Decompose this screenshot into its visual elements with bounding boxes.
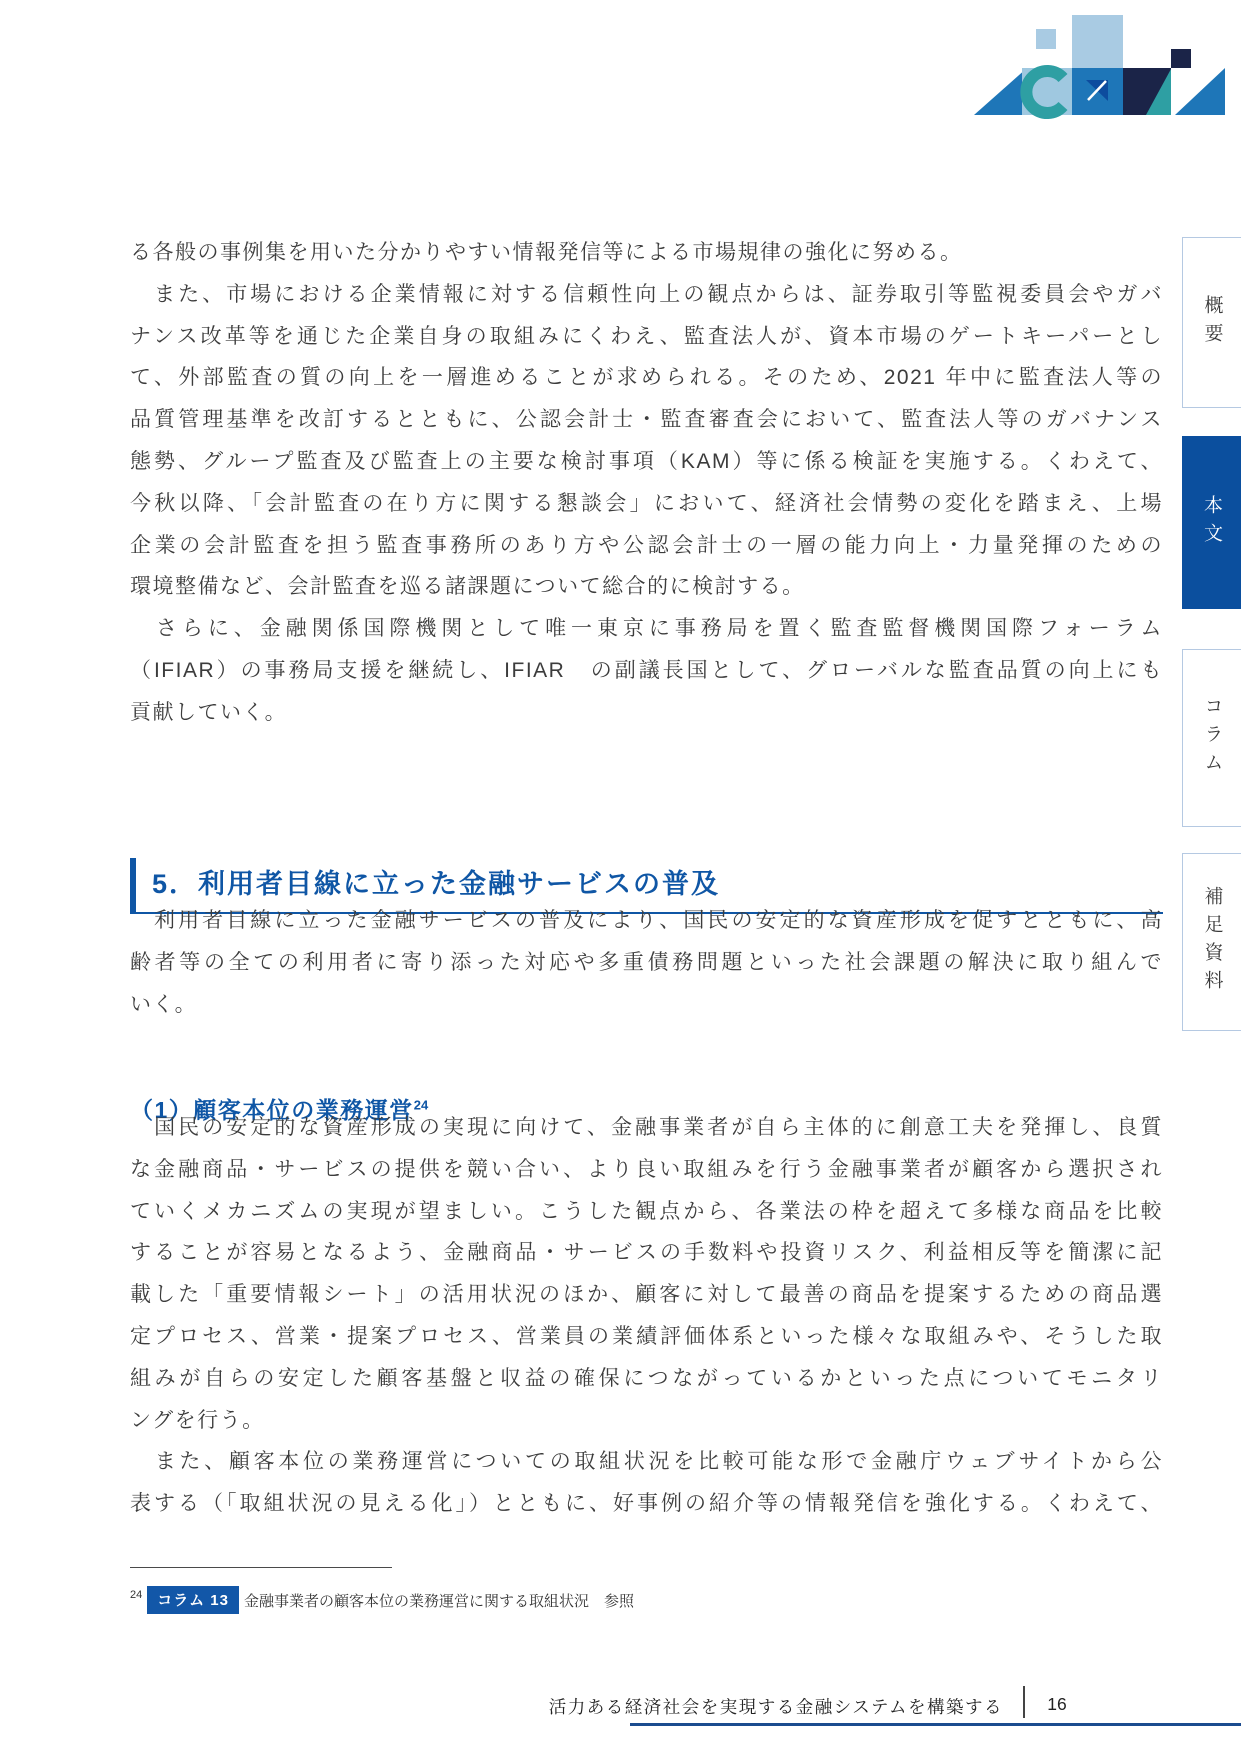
page-number: 16	[1042, 1694, 1072, 1715]
tab-overview: 概要	[1182, 237, 1241, 408]
body-text-line: 企業の会計監査を担う監査事務所のあり方や公認会計士の一層の能力向上・力量発揮のた…	[130, 525, 1163, 567]
body-text-line: 組みが自らの安定した顧客基盤と収益の確保につながっているかといった点についてモニ…	[130, 1358, 1163, 1400]
body-text-line: ていくメカニズムの実現が望ましい。こうした観点から、各業法の枠を超えて多様な商品…	[130, 1191, 1163, 1233]
body-text-line: 利用者目線に立った金融サービスの普及により、国民の安定的な資産形成を促すとともに…	[130, 900, 1163, 942]
body-text-line: 国民の安定的な資産形成の実現に向けて、金融事業者が自ら主体的に創意工夫を発揮し、…	[130, 1107, 1163, 1149]
body-text-block-top: る各般の事例集を用いた分かりやすい情報発信等による市場規律の強化に努める。 また…	[130, 232, 1163, 734]
body-text-line: さらに、金融関係国際機関として唯一東京に事務局を置く監査監督機関国際フォーラム	[130, 608, 1163, 650]
body-text-line: 貢献していく。	[130, 692, 1163, 734]
tab-appendix: 補足資料	[1182, 853, 1241, 1031]
body-text-line: 品質管理基準を改訂するとともに、公認会計士・監査審査会において、監査法人等のガバ…	[130, 399, 1163, 441]
body-text-line: 定プロセス、営業・提案プロセス、営業員の業績評価体系といった様々な取組みや、そう…	[130, 1316, 1163, 1358]
footer-divider	[1023, 1686, 1025, 1718]
body-text-line: また、市場における企業情報に対する信頼性向上の観点からは、証券取引等監視委員会や…	[130, 274, 1163, 316]
body-text-line: な金融商品・サービスの提供を競い合い、より良い取組みを行う金融事業者が顧客から選…	[130, 1149, 1163, 1191]
section-heading-text: 5．利用者目線に立った金融サービスの普及	[152, 869, 720, 899]
fsa-geometric-logo	[0, 0, 1241, 130]
body-text-line: ナンス改革等を通じた企業自身の取組みにくわえ、監査法人が、資本市場のゲートキーパ…	[130, 316, 1163, 358]
body-text-line: て、外部監査の質の向上を一層進めることが求められる。そのため、2021 年中に監…	[130, 357, 1163, 399]
body-text-line: 載した「重要情報シート」の活用状況のほか、顧客に対して最善の商品を提案するための…	[130, 1274, 1163, 1316]
body-text-line: いく。	[130, 984, 1163, 1026]
body-text-line: することが容易となるよう、金融商品・サービスの手数料や投資リスク、利益相反等を簡…	[130, 1232, 1163, 1274]
column-13-badge: コラム 13	[147, 1586, 239, 1614]
body-text-line: 表する（「取組状況の見える化」）とともに、好事例の紹介等の情報発信を強化する。く…	[130, 1483, 1163, 1525]
body-text-line: また、顧客本位の業務運営についての取組状況を比較可能な形で金融庁ウェブサイトから…	[130, 1441, 1163, 1483]
tab-column: コラム	[1182, 649, 1241, 827]
body-text-line: ングを行う。	[130, 1400, 1163, 1442]
footnote-separator	[130, 1567, 392, 1568]
body-text-line: 今秋以降、「会計監査の在り方に関する懇談会」において、経済社会情勢の変化を踏まえ…	[130, 483, 1163, 525]
body-text-line: 態勢、グループ監査及び監査上の主要な検討事項（KAM）等に係る検証を実施する。く…	[130, 441, 1163, 483]
tab-main-text: 本文	[1182, 436, 1241, 609]
footnote-marker: 24	[130, 1589, 142, 1601]
body-text-line: 環境整備など、会計監査を巡る諸課題について総合的に検討する。	[130, 566, 1163, 608]
body-text-line: （IFIAR）の事務局支援を継続し、IFIAR の副議長国として、グローバルな監…	[130, 650, 1163, 692]
footnote-text: 金融事業者の顧客本位の業務運営に関する取組状況 参照	[244, 1590, 634, 1611]
body-text-block-subsection: 国民の安定的な資産形成の実現に向けて、金融事業者が自ら主体的に創意工夫を発揮し、…	[130, 1107, 1163, 1525]
body-text-line: る各般の事例集を用いた分かりやすい情報発信等による市場規律の強化に努める。	[130, 232, 1163, 274]
document-page: る各般の事例集を用いた分かりやすい情報発信等による市場規律の強化に努める。 また…	[0, 0, 1241, 1755]
footnote: 24 コラム 13 金融事業者の顧客本位の業務運営に関する取組状況 参照	[130, 1586, 634, 1614]
footer-title: 活力ある経済社会を実現する金融システムを構築する	[549, 1694, 1003, 1719]
body-text-block-section: 利用者目線に立った金融サービスの普及により、国民の安定的な資産形成を促すとともに…	[130, 900, 1163, 1025]
body-text-line: 齢者等の全ての利用者に寄り添った対応や多重債務問題といった社会課題の解決に取り組…	[130, 942, 1163, 984]
footer-rule	[630, 1723, 1241, 1726]
